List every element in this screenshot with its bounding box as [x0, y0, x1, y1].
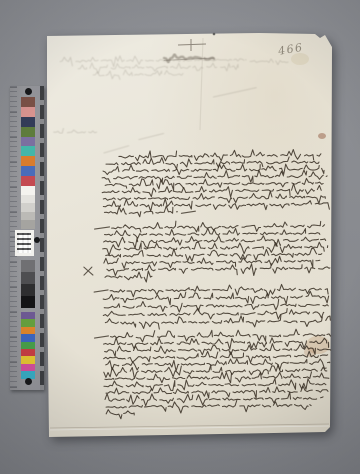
- handwriting-line: [105, 371, 329, 384]
- bleedthrough-line: [93, 69, 183, 79]
- stain: [291, 53, 309, 65]
- handwriting-paragraph: [103, 284, 330, 330]
- handwriting-line: [104, 299, 328, 313]
- handwriting-line: [104, 256, 320, 269]
- handwriting-line: [105, 271, 152, 282]
- handwriting-line: [105, 177, 323, 190]
- paragraph-dash: [94, 336, 108, 338]
- handwriting-line: [105, 392, 323, 406]
- handwriting-layer: [53, 53, 331, 419]
- paragraph-dash: [94, 290, 108, 292]
- handwriting-line: [106, 409, 134, 418]
- fold-crease-highlight: [50, 426, 329, 430]
- handwriting-line: [103, 307, 324, 320]
- handwriting-line: [106, 400, 311, 414]
- paragraph-dash: [181, 211, 195, 213]
- pencil-stroke: [104, 146, 129, 153]
- bleedthrough-line: [250, 59, 288, 65]
- paragraph-dash: [95, 227, 110, 229]
- handwriting-line: [110, 284, 328, 297]
- archive-photograph: 466: [0, 0, 360, 474]
- manuscript-overlay: [0, 0, 360, 474]
- fold-crease: [50, 424, 329, 428]
- handwriting-line: [111, 220, 324, 233]
- handwriting-line: [103, 197, 329, 211]
- bleedthrough-line: [60, 55, 246, 67]
- margin-x-mark: [84, 267, 93, 275]
- handwriting-line: [103, 291, 329, 305]
- handwriting-line: [105, 315, 330, 330]
- pencil-stroke: [139, 133, 164, 139]
- pencil-scribble: [54, 128, 97, 133]
- handwriting-line: [104, 378, 326, 391]
- handwriting-line: [119, 149, 321, 161]
- handwriting-line: [102, 170, 327, 184]
- handwriting-line: [103, 191, 325, 206]
- handwriting-paragraph: [102, 149, 330, 217]
- pencil-stroke: [213, 88, 256, 97]
- vertical-crease: [200, 38, 203, 130]
- handwriting-paragraph: [103, 329, 331, 419]
- handwriting-paragraph: [102, 220, 330, 283]
- handwriting-line: [110, 329, 330, 343]
- collation-cross-mark: [178, 39, 206, 51]
- stain: [318, 133, 326, 139]
- edge-speck: [213, 33, 216, 36]
- handwriting-line: [104, 206, 177, 217]
- handwriting-line: [104, 350, 328, 363]
